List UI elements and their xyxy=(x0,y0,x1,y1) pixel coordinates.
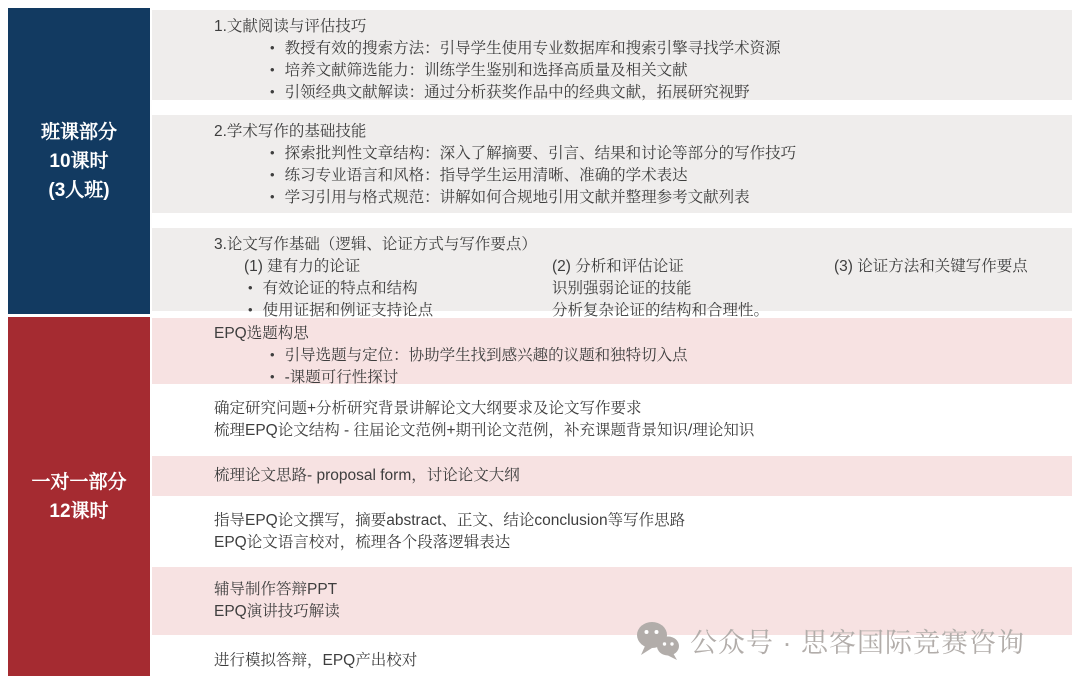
bullet-item: 练习专业语言和风格：指导学生运用清晰、准确的学术表达 xyxy=(270,165,1060,187)
course-row-proposal-form: 梳理论文思路- proposal form，讨论论文大纲 xyxy=(152,456,1072,496)
sidebar-class-section: 班课部分 10课时 (3人班) xyxy=(8,8,150,314)
column-argument-building: (1) 建有力的论证 有效论证的特点和结构 使用证据和例证支持论点 xyxy=(244,256,552,322)
column-line: 识别强弱论证的技能 xyxy=(552,278,834,300)
sidebar-one-on-one-section: 一对一部分 12课时 xyxy=(8,317,150,676)
row-title: 3.论文写作基础（逻辑、论证方式与写作要点） xyxy=(214,234,1060,256)
row-line: 确定研究问题+分析研究背景讲解论文大纲要求及论文写作要求 xyxy=(214,398,1060,420)
row-title: 1.文献阅读与评估技巧 xyxy=(214,16,1060,38)
course-row-essay-foundation: 3.论文写作基础（逻辑、论证方式与写作要点） (1) 建有力的论证 有效论证的特… xyxy=(152,228,1072,311)
watermark-text: 公众号 · 思客国际竞赛咨询 xyxy=(690,621,1025,660)
column-heading: (3) 论证方法和关键写作要点 xyxy=(834,256,1060,278)
sidebar-class-line: 10课时 xyxy=(49,147,108,176)
bullet-item: 探索批判性文章结构：深入了解摘要、引言、结果和讨论等部分的写作技巧 xyxy=(270,143,1060,165)
watermark: 公众号 · 思客国际竞赛咨询 xyxy=(636,620,1025,660)
course-row-literature-reading: 1.文献阅读与评估技巧 教授有效的搜索方法：引导学生使用专业数据库和搜索引擎寻找… xyxy=(152,10,1072,100)
bullet-item: 教授有效的搜索方法：引导学生使用专业数据库和搜索引擎寻找学术资源 xyxy=(270,38,1060,60)
three-column-layout: (1) 建有力的论证 有效论证的特点和结构 使用证据和例证支持论点 (2) 分析… xyxy=(244,256,1060,322)
bullet-item: 学习引用与格式规范：讲解如何合规地引用文献并整理参考文献列表 xyxy=(270,187,1060,209)
bullet-item: 有效论证的特点和结构 xyxy=(248,278,552,300)
bullet-list: 教授有效的搜索方法：引导学生使用专业数据库和搜索引擎寻找学术资源 培养文献筛选能… xyxy=(270,38,1060,104)
sidebar-class-line: (3人班) xyxy=(48,176,109,205)
bullet-list: 探索批判性文章结构：深入了解摘要、引言、结果和讨论等部分的写作技巧 练习专业语言… xyxy=(270,143,1060,209)
column-heading: (1) 建有力的论证 xyxy=(244,256,552,278)
row-title: EPQ选题构思 xyxy=(214,323,1060,345)
bullet-list: 有效论证的特点和结构 使用证据和例证支持论点 xyxy=(248,278,552,322)
sidebar-one-on-one-line: 12课时 xyxy=(49,497,108,526)
course-row-research-question: 确定研究问题+分析研究背景讲解论文大纲要求及论文写作要求 梳理EPQ论文结构 -… xyxy=(152,384,1072,456)
row-line: 辅导制作答辩PPT xyxy=(214,579,1060,601)
row-title: 2.学术写作的基础技能 xyxy=(214,121,1060,143)
course-row-writing-guidance: 指导EPQ论文撰写，摘要abstract、正文、结论conclusion等写作思… xyxy=(152,496,1072,567)
wechat-icon xyxy=(636,620,680,660)
sidebar-one-on-one-line: 一对一部分 xyxy=(31,468,126,497)
course-row-academic-writing: 2.学术写作的基础技能 探索批判性文章结构：深入了解摘要、引言、结果和讨论等部分… xyxy=(152,115,1072,213)
sidebar-class-line: 班课部分 xyxy=(41,118,117,147)
column-heading: (2) 分析和评估论证 xyxy=(552,256,834,278)
column-argument-methods: (3) 论证方法和关键写作要点 xyxy=(834,256,1060,322)
bullet-item: 培养文献筛选能力：训练学生鉴别和选择高质量及相关文献 xyxy=(270,60,1060,82)
row-line: 指导EPQ论文撰写，摘要abstract、正文、结论conclusion等写作思… xyxy=(214,510,1060,532)
bullet-list: 引导选题与定位：协助学生找到感兴趣的议题和独特切入点 -课题可行性探讨 xyxy=(270,345,1060,389)
course-row-epq-topic: EPQ选题构思 引导选题与定位：协助学生找到感兴趣的议题和独特切入点 -课题可行… xyxy=(152,318,1072,384)
column-argument-evaluation: (2) 分析和评估论证 识别强弱论证的技能 分析复杂论证的结构和合理性。 xyxy=(552,256,834,322)
row-line: 梳理EPQ论文结构 - 往届论文范例+期刊论文范例，补充课题背景知识/理论知识 xyxy=(214,420,1060,442)
row-line: 梳理论文思路- proposal form，讨论论文大纲 xyxy=(214,465,1060,487)
bullet-item: 引领经典文献解读：通过分析获奖作品中的经典文献，拓展研究视野 xyxy=(270,82,1060,104)
bullet-item: 引导选题与定位：协助学生找到感兴趣的议题和独特切入点 xyxy=(270,345,1060,367)
row-line: EPQ论文语言校对，梳理各个段落逻辑表达 xyxy=(214,532,1060,554)
